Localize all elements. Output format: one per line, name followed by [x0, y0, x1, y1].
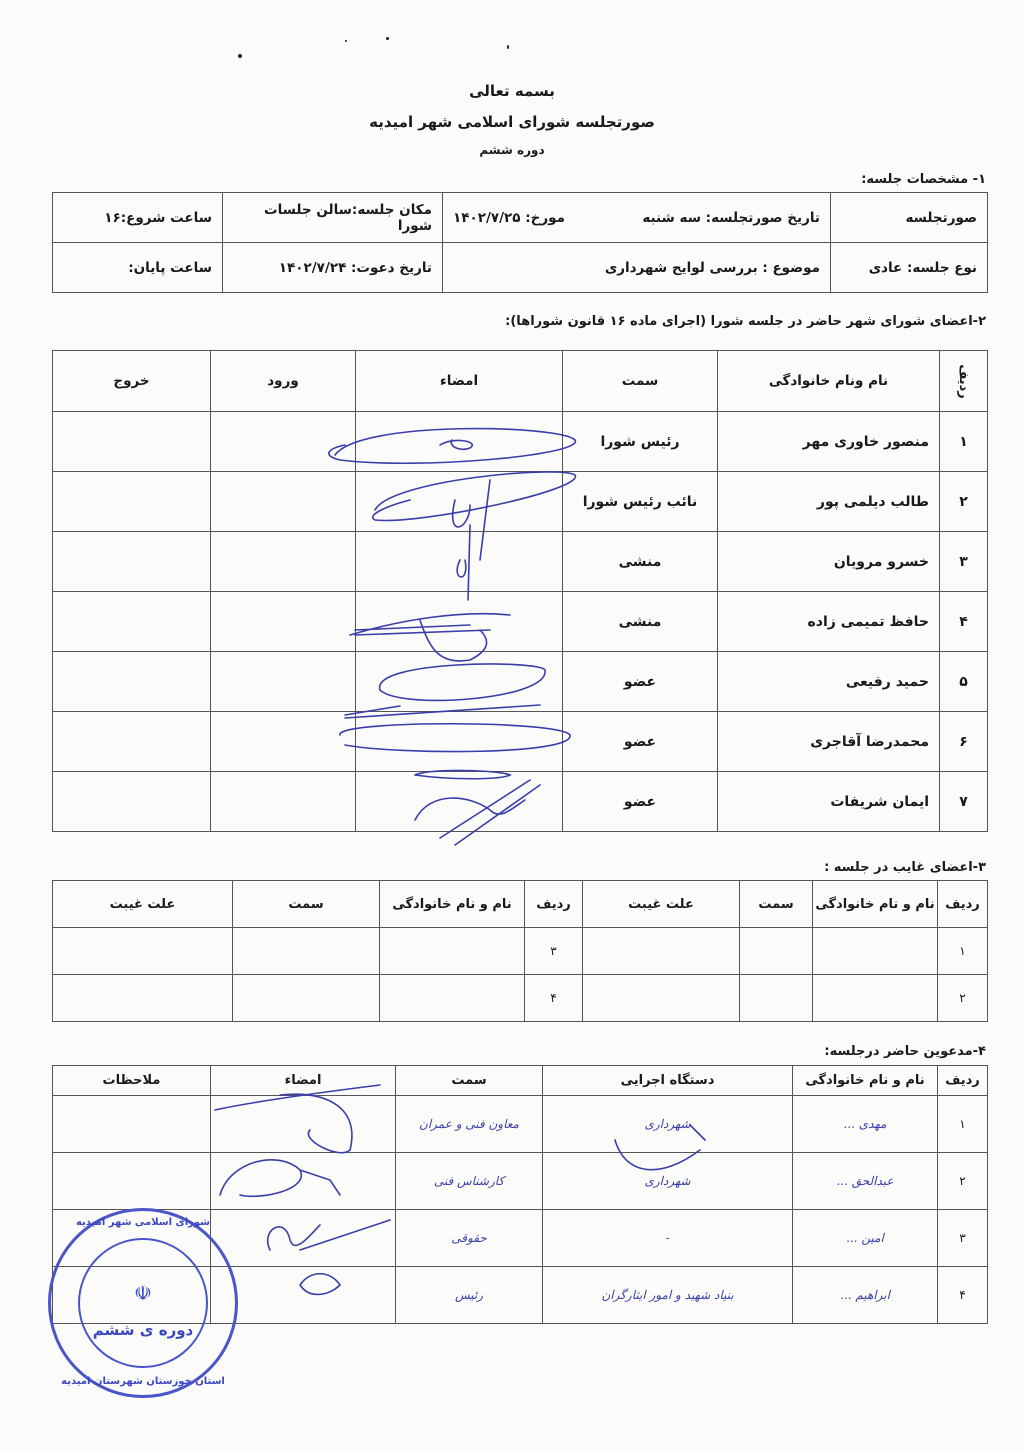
bismillah-heading: بسمه تعالی	[0, 82, 1024, 100]
row-number: ۱	[938, 928, 988, 975]
table-header-row: ردیف نام و نام خانوادگی دستگاه اجرایی سم…	[53, 1066, 988, 1096]
col-header-exit: خروج	[53, 351, 211, 412]
section4-title: ۴-مدعوین حاضر درجلسه:	[824, 1044, 986, 1059]
entry-cell	[211, 472, 356, 532]
session-label-cell: صورتجلسه	[831, 193, 988, 243]
col-header-name: نام و نام خانوادگی	[813, 881, 938, 928]
member-name: خسرو مرویان	[718, 532, 940, 592]
signature-cell	[356, 472, 563, 532]
session-details-table: صورتجلسه تاریخ صورتجلسه: سه شنبه مورخ: ۱…	[52, 192, 988, 293]
reason-cell	[583, 975, 740, 1022]
name-cell	[813, 928, 938, 975]
stamp-top-text: شورای اسلامی شهر امیدیه	[51, 1217, 235, 1228]
signature-cell	[356, 592, 563, 652]
reason-cell	[53, 928, 233, 975]
col-header-role: سمت	[233, 881, 380, 928]
row-number: ۳	[940, 532, 988, 592]
entry-cell	[211, 532, 356, 592]
col-header-organization: دستگاه اجرایی	[543, 1066, 793, 1096]
row-number: ۴	[940, 592, 988, 652]
table-row: ۷ ایمان شریفات عضو	[53, 772, 988, 832]
row-number: ۲	[938, 975, 988, 1022]
remarks-cell	[53, 1153, 211, 1210]
remarks-cell	[53, 1096, 211, 1153]
scan-speck	[507, 45, 509, 49]
name-cell	[380, 975, 525, 1022]
col-header-row-no: ردیف	[940, 351, 988, 412]
exit-cell	[53, 472, 211, 532]
official-stamp: شورای اسلامی شهر امیدیه ☫ دوره ی ششم است…	[48, 1208, 238, 1398]
member-name: منصور خاوری مهر	[718, 412, 940, 472]
entry-cell	[211, 712, 356, 772]
invitee-role: معاون فنی و عمران	[396, 1096, 543, 1153]
col-header-absence-reason: علت غیبت	[583, 881, 740, 928]
scan-speck	[386, 37, 389, 40]
role-cell	[740, 975, 813, 1022]
invitee-organization: شهرداری	[543, 1153, 793, 1210]
signature-cell	[356, 772, 563, 832]
col-header-row-no: ردیف	[938, 881, 988, 928]
name-cell	[813, 975, 938, 1022]
row-number: ۱	[938, 1096, 988, 1153]
table-row: ۱ ۳	[53, 928, 988, 975]
signature-cell	[356, 412, 563, 472]
table-row: ۶ محمدرضا آقاجری عضو	[53, 712, 988, 772]
invitee-name: مهدی ...	[793, 1096, 938, 1153]
exit-cell	[53, 592, 211, 652]
member-name: حمید رفیعی	[718, 652, 940, 712]
table-row: ۱ مهدی ... شهرداری معاون فنی و عمران	[53, 1096, 988, 1153]
row-number: ۲	[940, 472, 988, 532]
row-number: ۴	[938, 1267, 988, 1324]
subject-cell: موضوع : بررسی لوایح شهرداری	[443, 243, 831, 293]
document-title: صورتجلسه شورای اسلامی شهر امیدیه	[0, 113, 1024, 131]
member-name: ایمان شریفات	[718, 772, 940, 832]
col-header-signature: امضاء	[356, 351, 563, 412]
row-number: ۳	[938, 1210, 988, 1267]
invitee-role: کارشناس فنی	[396, 1153, 543, 1210]
invitee-organization: شهرداری	[543, 1096, 793, 1153]
signature-cell	[356, 712, 563, 772]
role-cell	[233, 975, 380, 1022]
table-row: ۳ خسرو مرویان منشی	[53, 532, 988, 592]
col-header-remarks: ملاحظات	[53, 1066, 211, 1096]
row-number: ۲	[938, 1153, 988, 1210]
table-row: ۵ حمید رفیعی عضو	[53, 652, 988, 712]
member-name: حافظ تمیمی زاده	[718, 592, 940, 652]
exit-cell	[53, 532, 211, 592]
table-row: نوع جلسه: عادی موضوع : بررسی لوایح شهردا…	[53, 243, 988, 293]
start-time-cell: ساعت شروع:۱۶	[53, 193, 223, 243]
member-role: منشی	[563, 532, 718, 592]
table-row: صورتجلسه تاریخ صورتجلسه: سه شنبه مورخ: ۱…	[53, 193, 988, 243]
end-time-cell: ساعت پایان:	[53, 243, 223, 293]
col-header-row-no: ردیف	[525, 881, 583, 928]
member-role: نائب رئیس شورا	[563, 472, 718, 532]
invite-date-cell: تاریخ دعوت: ۱۴۰۲/۷/۲۴	[223, 243, 443, 293]
col-header-name: نام و نام خانوادگی	[793, 1066, 938, 1096]
exit-cell	[53, 652, 211, 712]
signature-cell	[356, 652, 563, 712]
reason-cell	[53, 975, 233, 1022]
stamp-bottom-text: استان خوزستان شهرستان امیدیه	[51, 1376, 235, 1387]
role-cell	[233, 928, 380, 975]
member-name: محمدرضا آقاجری	[718, 712, 940, 772]
invitee-role: حقوقی	[396, 1210, 543, 1267]
entry-cell	[211, 412, 356, 472]
invitee-organization: -	[543, 1210, 793, 1267]
invitee-name: امین ...	[793, 1210, 938, 1267]
name-cell	[380, 928, 525, 975]
scan-speck	[345, 40, 347, 42]
reason-cell	[583, 928, 740, 975]
entry-cell	[211, 772, 356, 832]
present-members-table: ردیف نام ونام خانوادگی سمت امضاء ورود خر…	[52, 350, 988, 832]
table-row: ۲ عبدالحق ... شهرداری کارشناس فنی	[53, 1153, 988, 1210]
section1-title: ۱- مشخصات جلسه:	[861, 172, 986, 187]
member-role: منشی	[563, 592, 718, 652]
col-header-row-no: ردیف	[938, 1066, 988, 1096]
exit-cell	[53, 412, 211, 472]
document-page: بسمه تعالی صورتجلسه شورای اسلامی شهر امی…	[0, 0, 1024, 1453]
entry-cell	[211, 592, 356, 652]
row-number: ۷	[940, 772, 988, 832]
member-role: رئیس شورا	[563, 412, 718, 472]
term-subtitle: دوره ششم	[0, 143, 1024, 157]
exit-cell	[53, 712, 211, 772]
signature-cell	[356, 532, 563, 592]
col-header-name: نام و نام خانوادگی	[380, 881, 525, 928]
exit-cell	[53, 772, 211, 832]
session-type-cell: نوع جلسه: عادی	[831, 243, 988, 293]
session-date-label: تاریخ صورتجلسه: سه شنبه	[642, 210, 820, 226]
session-date-cell: تاریخ صورتجلسه: سه شنبه مورخ: ۱۴۰۲/۷/۲۵	[443, 193, 831, 243]
row-number: ۳	[525, 928, 583, 975]
table-header-row: ردیف نام ونام خانوادگی سمت امضاء ورود خر…	[53, 351, 988, 412]
location-cell: مکان جلسه:سالن جلسات شورا	[223, 193, 443, 243]
col-header-entry: ورود	[211, 351, 356, 412]
signature-cell	[211, 1267, 396, 1324]
col-header-name: نام ونام خانوادگی	[718, 351, 940, 412]
col-header-absence-reason: علت غیبت	[53, 881, 233, 928]
member-role: عضو	[563, 772, 718, 832]
entry-cell	[211, 652, 356, 712]
invitee-name: عبدالحق ...	[793, 1153, 938, 1210]
row-number: ۵	[940, 652, 988, 712]
table-row: ۲ ۴	[53, 975, 988, 1022]
table-row: ۱ منصور خاوری مهر رئیس شورا	[53, 412, 988, 472]
role-cell	[740, 928, 813, 975]
col-header-signature: امضاء	[211, 1066, 396, 1096]
member-role: عضو	[563, 652, 718, 712]
col-header-role: سمت	[563, 351, 718, 412]
member-name: طالب دیلمی پور	[718, 472, 940, 532]
emblem-icon: ☫	[51, 1281, 235, 1305]
signature-cell	[211, 1153, 396, 1210]
signature-cell	[211, 1096, 396, 1153]
member-role: عضو	[563, 712, 718, 772]
col-header-role: سمت	[740, 881, 813, 928]
signature-cell	[211, 1210, 396, 1267]
table-row: ۴ حافظ تمیمی زاده منشی	[53, 592, 988, 652]
col-header-role: سمت	[396, 1066, 543, 1096]
row-number: ۶	[940, 712, 988, 772]
section2-title: ۲-اعضای شورای شهر حاضر در جلسه شورا (اجر…	[505, 314, 986, 329]
absent-members-table: ردیف نام و نام خانوادگی سمت علت غیبت ردی…	[52, 880, 988, 1022]
invitee-organization: بنیاد شهید و امور ایثارگران	[543, 1267, 793, 1324]
section3-title: ۳-اعضای غایب در جلسه :	[824, 860, 986, 875]
table-header-row: ردیف نام و نام خانوادگی سمت علت غیبت ردی…	[53, 881, 988, 928]
session-dated: مورخ: ۱۴۰۲/۷/۲۵	[453, 210, 565, 226]
stamp-center-text: دوره ی ششم	[51, 1321, 235, 1339]
invitee-name: ابراهیم ...	[793, 1267, 938, 1324]
row-number: ۴	[525, 975, 583, 1022]
row-number: ۱	[940, 412, 988, 472]
scan-speck	[238, 54, 242, 58]
invitee-role: رئیس	[396, 1267, 543, 1324]
table-row: ۲ طالب دیلمی پور نائب رئیس شورا	[53, 472, 988, 532]
